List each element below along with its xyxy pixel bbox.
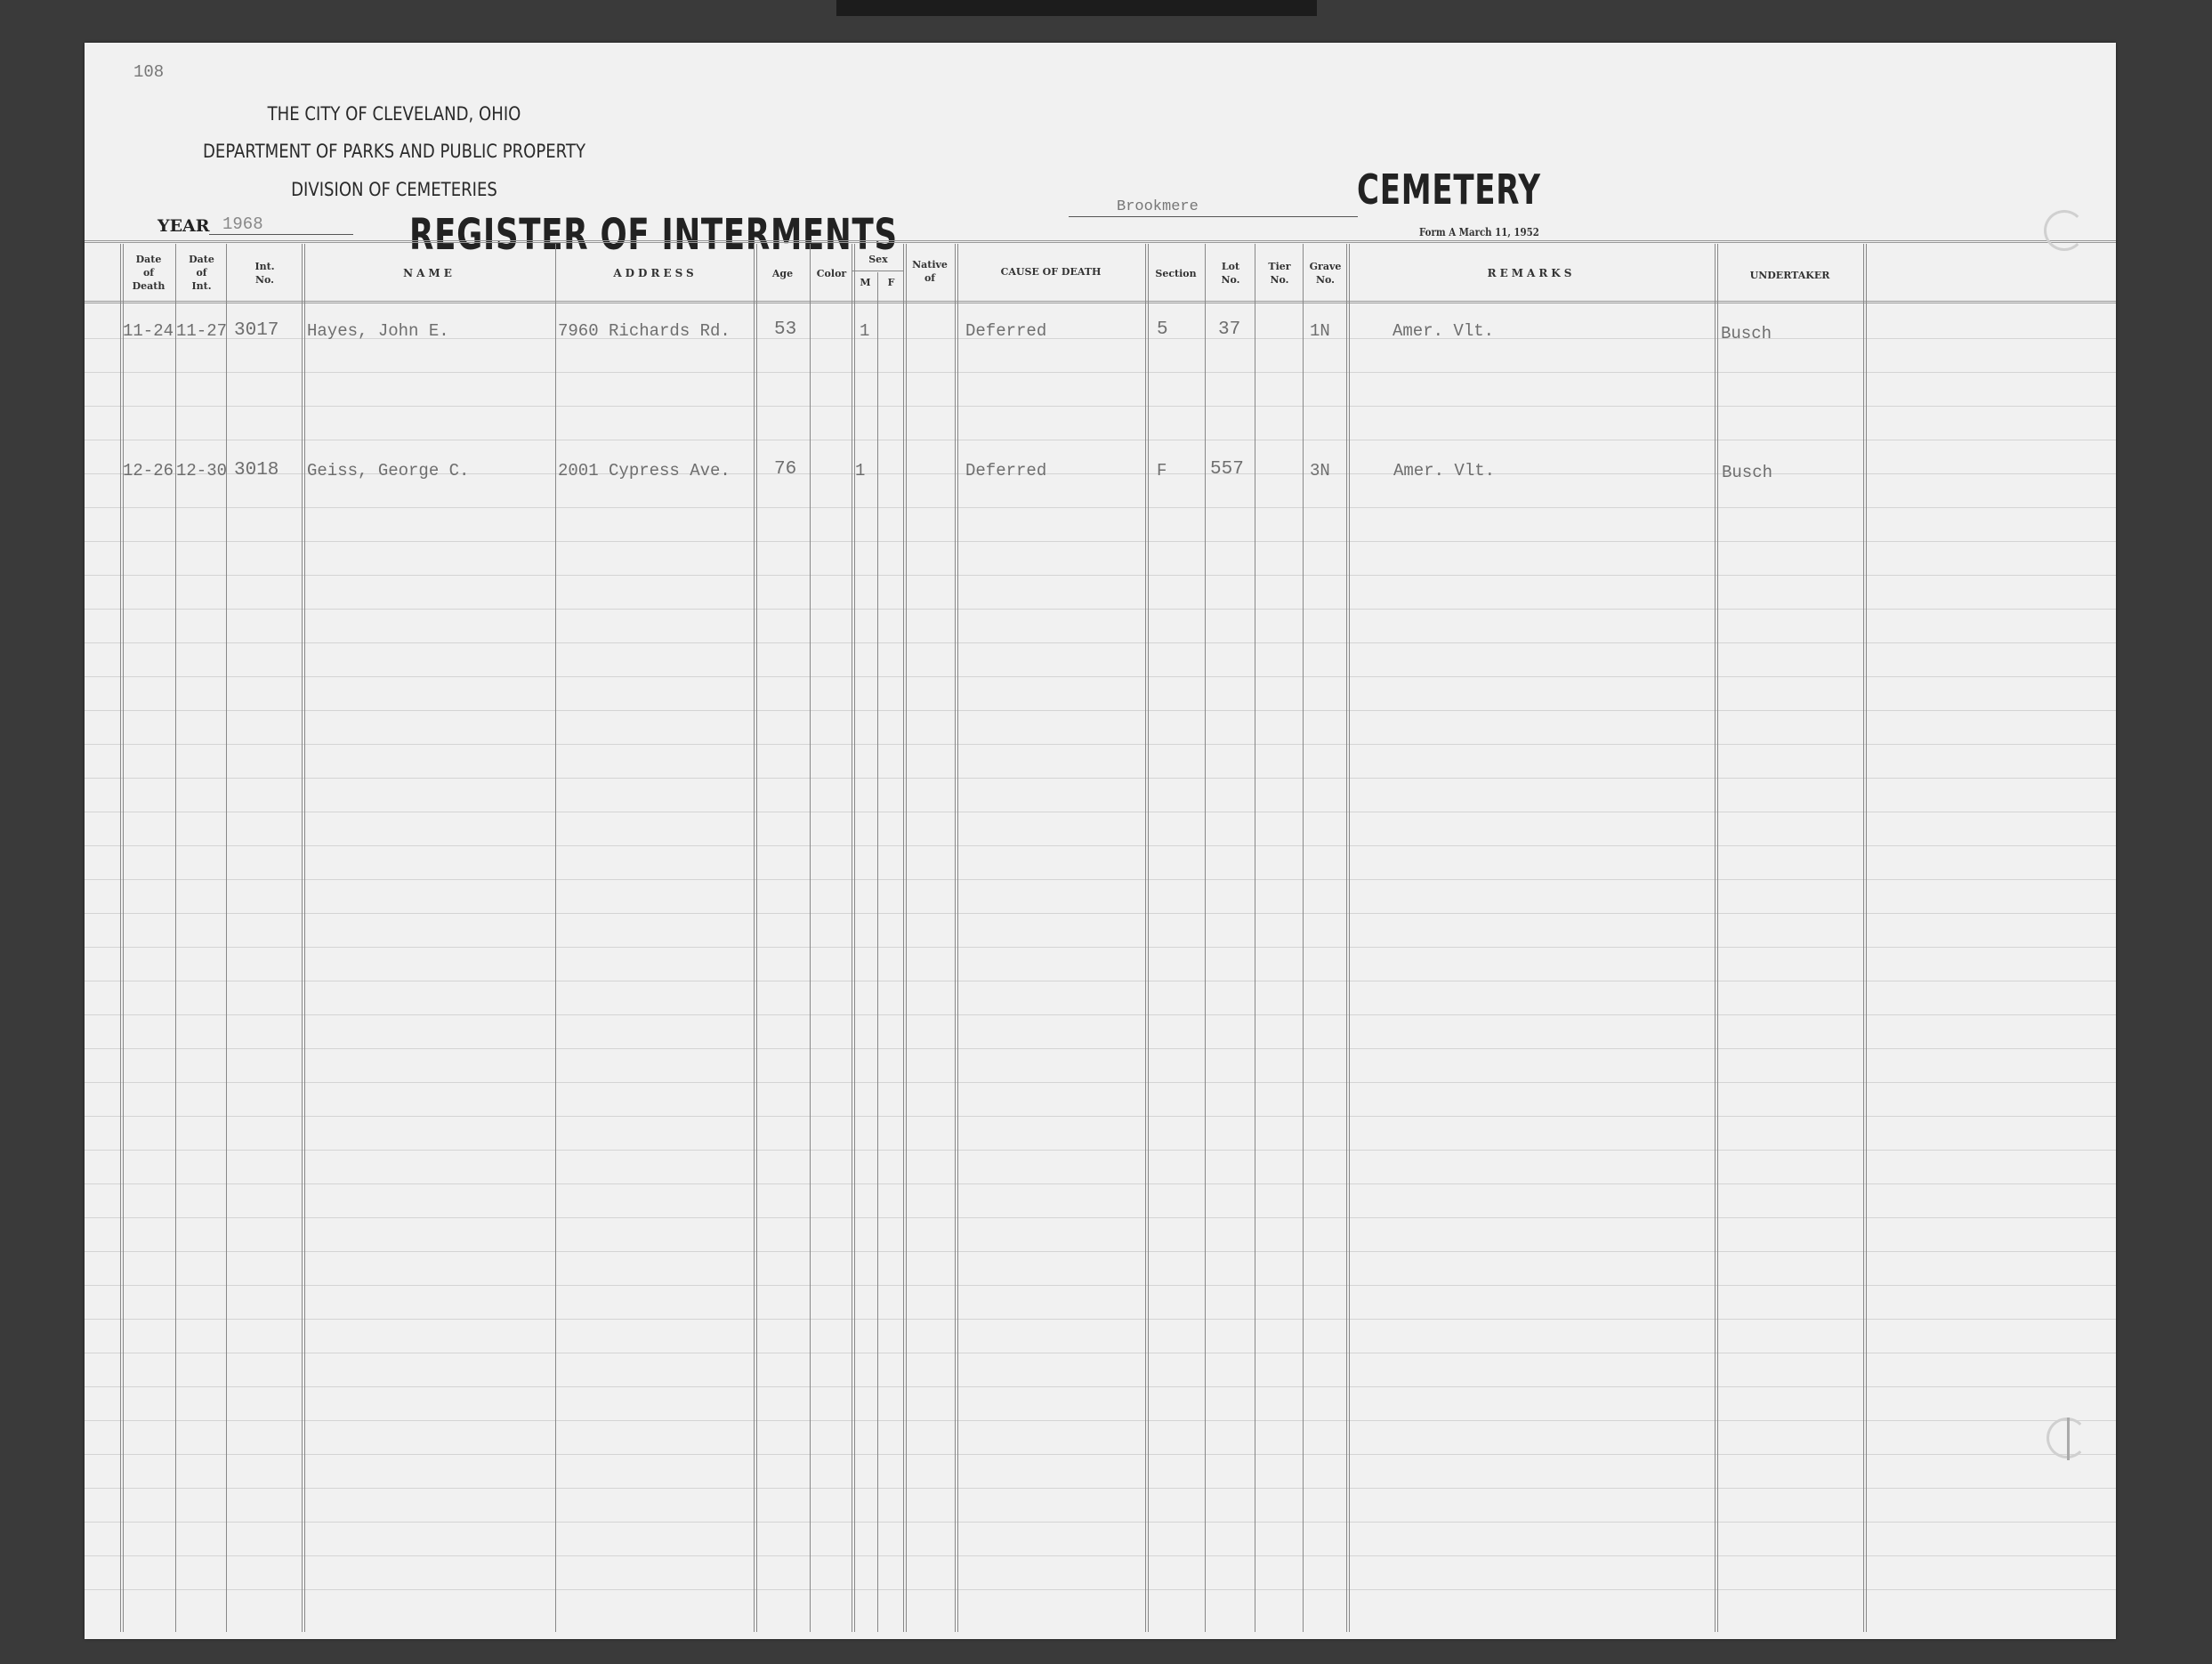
cell-name: Geiss, George C. xyxy=(307,461,469,481)
org-line-division: DIVISION OF CEMETERIES xyxy=(126,179,662,200)
col-header-sex-m: M xyxy=(853,276,877,289)
cell-age: 76 xyxy=(774,459,796,480)
cell-address: 2001 Cypress Ave. xyxy=(558,461,731,481)
cell-undertaker: Busch xyxy=(1722,463,1772,482)
cemetery-name-underline xyxy=(1069,216,1358,217)
cell-cause-of-death: Deferred xyxy=(965,461,1046,481)
col-header-section: Section xyxy=(1147,267,1205,280)
cell-age: 53 xyxy=(774,319,796,340)
col-header-cause-of-death: CAUSE OF DEATH xyxy=(957,265,1145,279)
col-header-grave-no: GraveNo. xyxy=(1304,260,1346,287)
cell-date-of-int: 12-30 xyxy=(176,461,227,481)
col-header-tier-no: TierNo. xyxy=(1256,260,1303,287)
cell-date-of-death: 12-26 xyxy=(123,461,174,481)
cell-date-of-death: 11-24 xyxy=(123,321,174,341)
cell-address: 7960 Richards Rd. xyxy=(558,321,731,341)
col-header-undertaker: UNDERTAKER xyxy=(1716,269,1863,282)
org-line-department: DEPARTMENT OF PARKS AND PUBLIC PROPERTY xyxy=(126,141,662,162)
cell-grave-no: 3N xyxy=(1310,461,1330,481)
cell-undertaker: Busch xyxy=(1721,324,1772,343)
table-top-rule xyxy=(85,240,2116,246)
table-header-bottom-rule xyxy=(85,301,2116,306)
register-title: REGISTER OF INTERMENTS xyxy=(409,210,898,260)
year-label: YEAR xyxy=(157,216,210,236)
cell-grave-no: 1N xyxy=(1310,321,1330,341)
page-number: 108 xyxy=(133,62,164,82)
col-header-age: Age xyxy=(755,267,810,280)
col-header-date-of-int: DateofInt. xyxy=(177,253,226,293)
year-underline xyxy=(209,234,353,235)
cell-section: 5 xyxy=(1157,319,1168,340)
cell-int-no: 3018 xyxy=(234,460,279,481)
cell-date-of-int: 11-27 xyxy=(176,321,227,341)
binder-ring-bar-icon xyxy=(2067,1418,2070,1460)
binder-ring-top-icon xyxy=(2044,210,2085,251)
col-header-int-no: Int.No. xyxy=(228,260,302,287)
col-header-address: ADDRESS xyxy=(557,267,754,280)
cell-sex-m: 1 xyxy=(860,321,869,341)
cell-name: Hayes, John E. xyxy=(307,321,449,341)
cemetery-name: Brookmere xyxy=(1117,198,1199,215)
col-header-sex: Sex xyxy=(853,253,903,266)
cemetery-label: CEMETERY xyxy=(1357,166,1541,214)
col-header-color: Color xyxy=(811,267,852,280)
org-line-city: THE CITY OF CLEVELAND, OHIO xyxy=(126,103,662,125)
cell-sex-m: 1 xyxy=(855,461,865,481)
cell-int-no: 3017 xyxy=(234,320,279,341)
form-note: Form A March 11, 1952 xyxy=(1419,226,1539,238)
cell-lot-no: 557 xyxy=(1210,459,1244,480)
col-header-sex-f: F xyxy=(879,276,903,289)
year-value: 1968 xyxy=(222,214,263,234)
col-header-date-of-death: DateofDeath xyxy=(122,253,175,293)
col-header-name: NAME xyxy=(303,267,555,280)
register-page: 108 THE CITY OF CLEVELAND, OHIO DEPARTME… xyxy=(85,43,2116,1639)
cell-cause-of-death: Deferred xyxy=(965,321,1046,341)
cell-remarks: Amer. Vlt. xyxy=(1393,461,1495,481)
col-header-remarks: REMARKS xyxy=(1348,267,1715,280)
col-header-native-of: Nativeof xyxy=(905,258,955,285)
background-scan-edge xyxy=(836,0,1317,16)
cell-remarks: Amer. Vlt. xyxy=(1393,321,1494,341)
cell-section: F xyxy=(1157,461,1167,481)
cell-lot-no: 37 xyxy=(1218,319,1240,340)
col-header-lot-no: LotNo. xyxy=(1207,260,1255,287)
